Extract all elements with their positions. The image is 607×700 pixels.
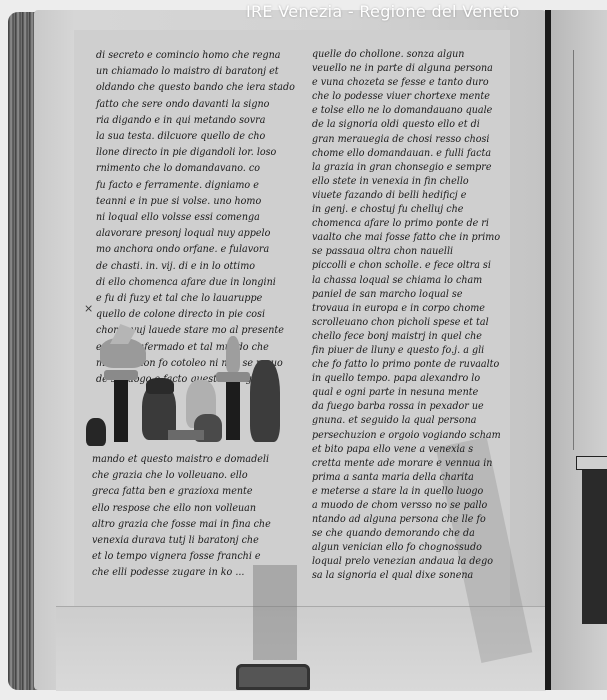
text-line: la grazia in gran chonsegio e sempre	[312, 160, 501, 174]
text-line: fin piuer de lluny e questo fo.j. a gli	[312, 343, 501, 357]
miniature-illustration	[86, 322, 282, 448]
tower-illustration	[582, 464, 607, 624]
text-line: da fuego barba rossa in pexador ue	[312, 399, 501, 413]
text-line: e tolse ello ne lo domandauano quale	[312, 103, 501, 117]
text-line: chomenca afare lo primo ponte de ri	[312, 216, 501, 230]
text-line: che lo podesse viuer chortexe mente	[312, 89, 501, 103]
text-line: ello stete in venexia in fin chello	[312, 174, 501, 188]
text-line: fatto che sere ondo davanti la signo	[96, 96, 295, 112]
statue-figure	[226, 336, 240, 372]
text-line: a muodo de chom versso no se pallo	[312, 498, 501, 512]
text-line: cretta mente ade morare e vennua in	[312, 456, 501, 470]
text-line: in quello tempo. papa alexandro lo	[312, 371, 501, 385]
game-table	[168, 430, 204, 440]
text-line: persechuzion e orgoio vogiando scham	[312, 428, 501, 442]
watermark: IRE Venezia - Regione del Veneto	[246, 2, 520, 21]
text-line: alavorare presonj loqual nuy appelo	[96, 225, 295, 241]
text-line: e meterse a stare la in quello luogo	[312, 484, 501, 498]
text-line: quello de colone directo in pie cosi	[96, 306, 295, 322]
ruling-line	[573, 50, 574, 450]
binding-clasp	[236, 664, 310, 690]
manuscript-photo: di secreto e comincio homo che regna un …	[0, 0, 607, 700]
text-line: gnuna. et seguido la qual persona	[312, 413, 501, 427]
text-line: prima a santa maria della charita	[312, 470, 501, 484]
text-line: trovaua in europa e in corpo chome	[312, 301, 501, 315]
text-line: et lo tempo vignera fosse franchi e	[92, 548, 271, 564]
text-line: de chasti. in. vij. di e in lo ottimo	[96, 258, 295, 274]
text-line: qual e ogni parte in nesuna mente	[312, 385, 501, 399]
text-line: ni loqual ello volsse essi comenga	[96, 209, 295, 225]
text-line: de la signoria oldi questo ello et di	[312, 117, 501, 131]
text-line: sa la signoria el qual dixe sonena	[312, 568, 501, 582]
text-line: loqual prelo venezian andaua la dego	[312, 554, 501, 568]
text-line: viuete fazando di belli hedificj e	[312, 188, 501, 202]
text-line: paniel de san marcho loqual se	[312, 287, 501, 301]
text-line: un chiamado lo maistro di baratonj et	[96, 63, 295, 79]
text-line: ello respose che ello non volleuan	[92, 500, 271, 516]
text-line: che elli podesse zugare in ko ...	[92, 564, 271, 580]
text-line: e fu di fuzy et tal che lo lauaruppe	[96, 290, 295, 306]
text-line: venexia durava tutj li baratonj che	[92, 532, 271, 548]
text-line: chello fece bonj maistrj in quel che	[312, 329, 501, 343]
text-line: piccolli e chon scholle. e fece oltra si	[312, 258, 501, 272]
text-line: se passaua oltra chon nauelli	[312, 244, 501, 258]
text-line: in genj. e chostuj fu chelluj che	[312, 202, 501, 216]
text-line: ntando ad alguna persona che lle fo	[312, 512, 501, 526]
text-line: rnimento che lo domandavano. co	[96, 160, 295, 176]
text-line: di ello chomenca afare due in longini	[96, 274, 295, 290]
text-line: llone directo in pie digandoli lor. loso	[96, 144, 295, 160]
text-line: ria digando e in qui metando sovra	[96, 112, 295, 128]
text-line: la sua testa. dilcuore quello de cho	[96, 128, 295, 144]
capital-left	[104, 370, 138, 380]
column-right	[226, 380, 240, 440]
capital-right	[216, 372, 250, 382]
text-line: greca fatta ben e grazioxa mente	[92, 483, 271, 499]
figure-hat	[146, 378, 174, 394]
text-line: algun venician ello fo chognossudo	[312, 540, 501, 554]
text-line: scrolleuano chon picholi spese et tal	[312, 315, 501, 329]
text-line: e vuna chozeta se fesse e tanto duro	[312, 75, 501, 89]
text-line: veuello ne in parte di alguna persona	[312, 61, 501, 75]
text-line: che fo fatto lo primo ponte de ruvaalto	[312, 357, 501, 371]
text-line: mo anchora ondo orfane. e fulavora	[96, 241, 295, 257]
left-column-lower: mando et questo maistro e domadeli che g…	[92, 451, 286, 581]
text-line: oldando che questo bando che iera stado	[96, 79, 295, 95]
text-line: di secreto e comincio homo che regna	[96, 47, 295, 63]
text-line: gran merauegia de chosi resso chosi	[312, 132, 501, 146]
right-column: quelle do chollone. sonza algun veuello …	[312, 47, 517, 583]
text-line: teanni e in pue si volse. uno homo	[96, 193, 295, 209]
text-line: chome ello domandauan. e fulli facta	[312, 146, 501, 160]
text-line: quelle do chollone. sonza algun	[312, 47, 501, 61]
text-line: la chassa loqual se chiama lo cham	[312, 273, 501, 287]
text-line: et bito papa ello vene a venexia s	[312, 442, 501, 456]
standing-man-right	[250, 360, 280, 442]
basket-figure	[86, 418, 106, 446]
text-line: che grazia che lo volleuano. ello	[92, 467, 271, 483]
text-line: fu facto e ferramente. digniamo e	[96, 177, 295, 193]
marginal-mark: ×	[84, 302, 93, 315]
text-line: mando et questo maistro e domadeli	[92, 451, 271, 467]
text-line: altro grazia che fosse mai in fina che	[92, 516, 271, 532]
column-left	[114, 377, 128, 442]
text-line: se che quando demorando che da	[312, 526, 501, 540]
text-line: vaalto che mai fosse fatto che in primo	[312, 230, 501, 244]
